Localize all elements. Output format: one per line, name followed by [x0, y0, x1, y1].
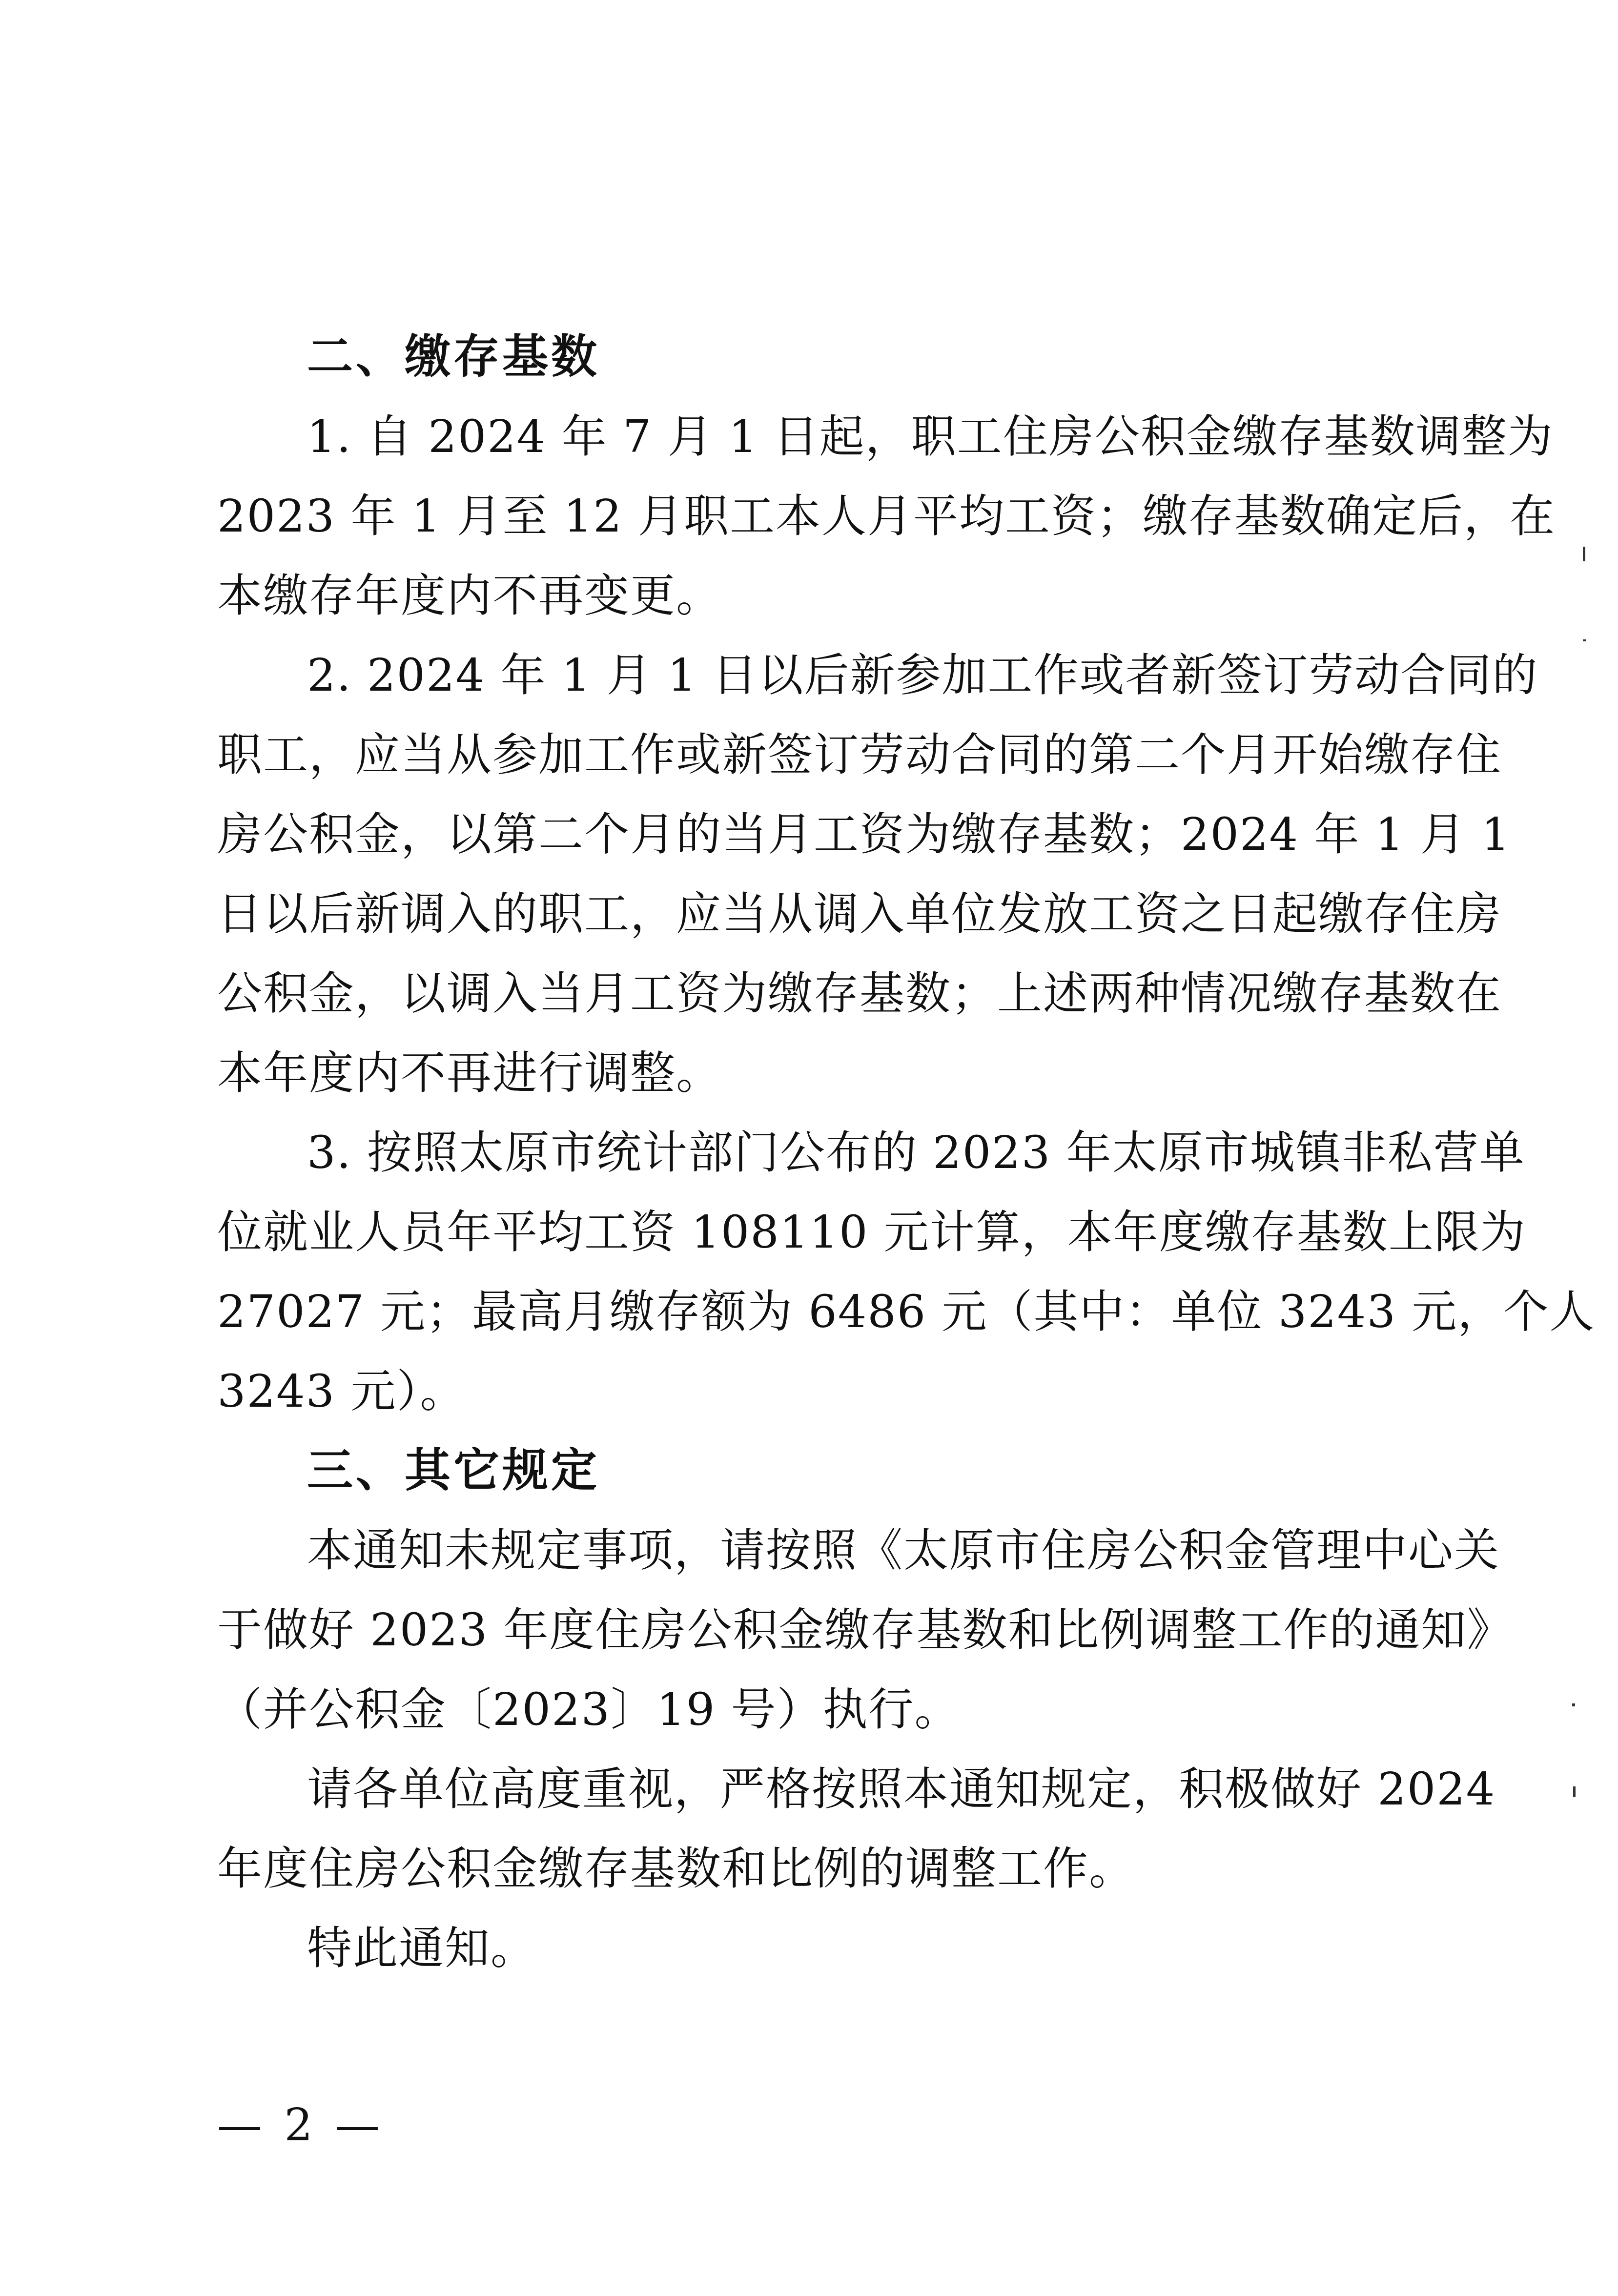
text-line: 本通知未规定事项，请按照《太原市住房公积金管理中心关	[217, 1511, 1418, 1590]
scan-artifact	[1583, 639, 1586, 641]
paragraph: 3. 按照太原市统计部门公布的 2023 年太原市城镇非私营单 位就业人员年平均…	[217, 1113, 1418, 1431]
scan-artifact	[1572, 1703, 1575, 1706]
text-line: 本缴存年度内不再变更。	[217, 556, 1418, 635]
text-line: 27027 元；最高月缴存额为 6486 元（其中：单位 3243 元，个人	[217, 1272, 1418, 1352]
paragraph: 1. 自 2024 年 7 月 1 日起，职工住房公积金缴存基数调整为 2023…	[217, 397, 1418, 635]
text-line: （并公积金〔2023〕19 号）执行。	[217, 1670, 1418, 1749]
scan-artifact	[1583, 547, 1585, 561]
text-line: 于做好 2023 年度住房公积金缴存基数和比例调整工作的通知》	[217, 1590, 1418, 1670]
text-line: 公积金，以调入当月工资为缴存基数；上述两种情况缴存基数在	[217, 954, 1418, 1033]
paragraph: 请各单位高度重视，严格按照本通知规定，积极做好 2024 年度住房公积金缴存基数…	[217, 1749, 1418, 1908]
text-line: 房公积金，以第二个月的当月工资为缴存基数；2024 年 1 月 1	[217, 795, 1418, 874]
text-line: 本年度内不再进行调整。	[217, 1033, 1418, 1113]
text-line: 3243 元）。	[217, 1352, 1418, 1431]
page-number: — 2 —	[217, 2099, 384, 2151]
text-line: 1. 自 2024 年 7 月 1 日起，职工住房公积金缴存基数调整为	[217, 397, 1418, 476]
paragraph: 2. 2024 年 1 月 1 日以后新参加工作或者新签订劳动合同的 职工，应当…	[217, 635, 1418, 1113]
text-line: 请各单位高度重视，严格按照本通知规定，积极做好 2024	[217, 1749, 1418, 1829]
document-page: 二、缴存基数 1. 自 2024 年 7 月 1 日起，职工住房公积金缴存基数调…	[217, 317, 1418, 1988]
text-line: 年度住房公积金缴存基数和比例的调整工作。	[217, 1829, 1418, 1908]
text-line: 职工，应当从参加工作或新签订劳动合同的第二个月开始缴存住	[217, 715, 1418, 795]
text-line: 位就业人员年平均工资 108110 元计算，本年度缴存基数上限为	[217, 1192, 1418, 1272]
section-heading: 二、缴存基数	[217, 317, 1418, 397]
text-line: 日以后新调入的职工，应当从调入单位发放工资之日起缴存住房	[217, 874, 1418, 954]
scan-artifact	[1573, 1786, 1576, 1797]
text-line: 2023 年 1 月至 12 月职工本人月平均工资；缴存基数确定后，在	[217, 476, 1418, 556]
text-line: 3. 按照太原市统计部门公布的 2023 年太原市城镇非私营单	[217, 1113, 1418, 1192]
paragraph: 特此通知。	[217, 1908, 1418, 1988]
paragraph: 本通知未规定事项，请按照《太原市住房公积金管理中心关 于做好 2023 年度住房…	[217, 1511, 1418, 1749]
text-line: 2. 2024 年 1 月 1 日以后新参加工作或者新签订劳动合同的	[217, 635, 1418, 715]
text-line: 特此通知。	[217, 1908, 1418, 1988]
section-heading: 三、其它规定	[217, 1431, 1418, 1511]
